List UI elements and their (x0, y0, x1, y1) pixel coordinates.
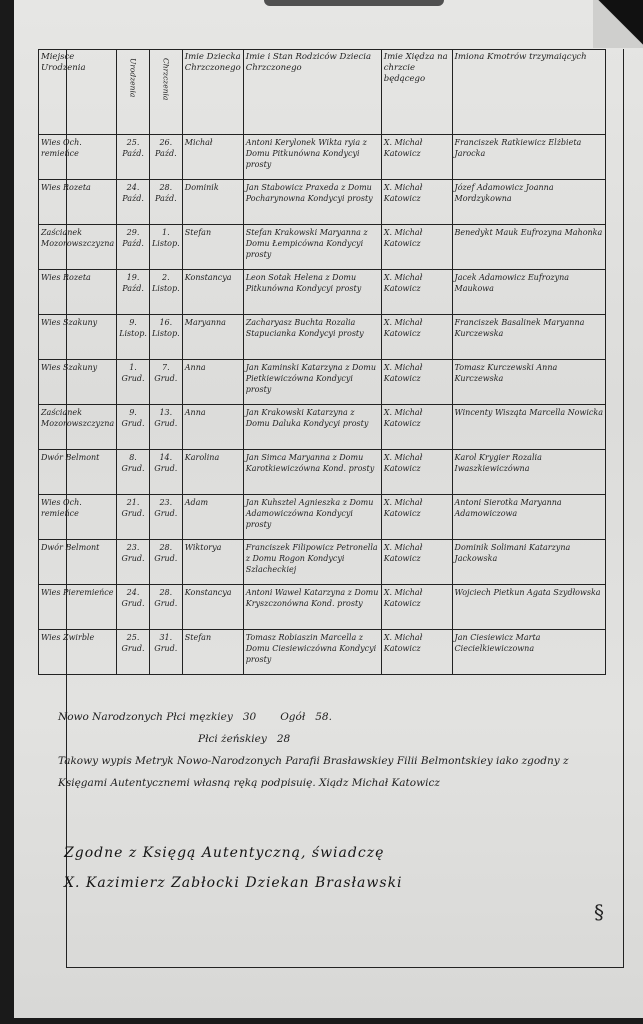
cell-baptized: 23. Grud. (149, 495, 182, 540)
cell-baptized: 26. Paźd. (149, 135, 182, 180)
cell-priest: X. Michał Katowicz (381, 630, 452, 675)
cell-parents: Zacharyasz Buchta Rozalia Stapucianka Ko… (243, 315, 381, 360)
cell-place: Zaścianek Mozorowszczyzna (39, 405, 117, 450)
cell-place: Wies Zwirble (39, 630, 117, 675)
cell-born: 29. Paźd. (117, 225, 150, 270)
cell-name: Adam (182, 495, 243, 540)
cell-godparents: Franciszek Basalinek Maryanna Kurczewska (452, 315, 605, 360)
table-row: Wies Szakuny1. Grud.7. Grud.AnnaJan Kami… (39, 360, 606, 405)
cell-born: 25. Paźd. (117, 135, 150, 180)
total-count: 58. (315, 706, 332, 728)
cell-born: 24. Paźd. (117, 180, 150, 225)
cell-priest: X. Michał Katowicz (381, 495, 452, 540)
cell-baptized: 31. Grud. (149, 630, 182, 675)
cell-parents: Jan Kuhsztel Agnieszka z Domu Adamowiczó… (243, 495, 381, 540)
cell-place: Wies Szakuny (39, 315, 117, 360)
cell-parents: Jan Krakowski Katarzyna z Domu Daluka Ko… (243, 405, 381, 450)
cell-name: Konstancya (182, 585, 243, 630)
cell-baptized: 28. Grud. (149, 585, 182, 630)
cell-parents: Antoni Kerylonek Wikta ryia z Domu Pitku… (243, 135, 381, 180)
cell-godparents: Tomasz Kurczewski Anna Kurczewska (452, 360, 605, 405)
cell-parents: Antoni Wawel Katarzyna z Domu Kryszczonó… (243, 585, 381, 630)
table-row: Dwór Belmont23. Grud.28. Grud.WiktoryaFr… (39, 540, 606, 585)
table-row: Zaścianek Mozorowszczyzna29. Paźd.1. Lis… (39, 225, 606, 270)
cell-name: Karolina (182, 450, 243, 495)
cell-godparents: Benedykt Mauk Eufrozyna Mahonka (452, 225, 605, 270)
cell-priest: X. Michał Katowicz (381, 270, 452, 315)
table-row: Wies Och. remieńce25. Paźd.26. Paźd.Mich… (39, 135, 606, 180)
totals-line-female: Płci żeńskiey 28 (58, 728, 608, 750)
cell-godparents: Jan Ciesiewicz Marta Ciecielkiewiczowna (452, 630, 605, 675)
cell-name: Anna (182, 405, 243, 450)
totals-line-male: Nowo Narodzonych Płci męzkiey 30 Ogół 58… (58, 706, 608, 728)
cell-born: 25. Grud. (117, 630, 150, 675)
cell-godparents: Antoni Sierotka Maryanna Adamowiczowa (452, 495, 605, 540)
table-row: Dwór Belmont8. Grud.14. Grud.KarolinaJan… (39, 450, 606, 495)
cell-place: Wies Rozeta (39, 180, 117, 225)
cell-baptized: 1. Listop. (149, 225, 182, 270)
female-label: Płci żeńskiey (198, 728, 267, 750)
cell-godparents: Józef Adamowicz Joanna Mordzykowna (452, 180, 605, 225)
cell-godparents: Karol Krygier Rozalia Iwaszkiewiczówna (452, 450, 605, 495)
cell-godparents: Wojciech Pietkun Agata Szydłowska (452, 585, 605, 630)
cell-place: Wies Rozeta (39, 270, 117, 315)
cell-baptized: 13. Grud. (149, 405, 182, 450)
header-born-label: Urodzenia (128, 58, 139, 97)
table-row: Wies Szakuny9. Listop.16. Listop.Maryann… (39, 315, 606, 360)
cell-place: Wies Pieremieńce (39, 585, 117, 630)
dean-certification: Zgodne z Księgą Autentyczną, świadczę X.… (64, 838, 624, 898)
flourish-mark: § (594, 900, 604, 924)
header-priest: Imie Xiędza na chrzcie będącego (381, 50, 452, 135)
cell-baptized: 2. Listop. (149, 270, 182, 315)
cell-baptized: 28. Grud. (149, 540, 182, 585)
cell-baptized: 7. Grud. (149, 360, 182, 405)
cell-priest: X. Michał Katowicz (381, 450, 452, 495)
male-label: Nowo Narodzonych Płci męzkiey (58, 706, 233, 728)
header-baptized-label: Chrzczenia (160, 58, 171, 100)
cell-place: Wies Och. remieńce (39, 135, 117, 180)
table-row: Wies Zwirble25. Grud.31. Grud.StefanToma… (39, 630, 606, 675)
cell-born: 9. Grud. (117, 405, 150, 450)
cell-parents: Tomasz Robiaszin Marcella z Domu Ciesiew… (243, 630, 381, 675)
cell-name: Anna (182, 360, 243, 405)
cell-name: Michał (182, 135, 243, 180)
header-baptized: Chrzczenia (149, 50, 182, 135)
cell-godparents: Jacek Adamowicz Eufrozyna Maukowa (452, 270, 605, 315)
header-godparents: Imiona Kmotrów trzymaiących (452, 50, 605, 135)
cell-godparents: Dominik Solimani Katarzyna Jackowska (452, 540, 605, 585)
cell-born: 1. Grud. (117, 360, 150, 405)
folded-corner (593, 0, 643, 48)
cell-born: 23. Grud. (117, 540, 150, 585)
table-row: Wies Rozeta24. Paźd.28. Paźd.DominikJan … (39, 180, 606, 225)
cell-place: Wies Szakuny (39, 360, 117, 405)
table-row: Wies Pieremieńce24. Grud.28. Grud.Konsta… (39, 585, 606, 630)
scan-shadow (264, 0, 444, 6)
total-label: Ogół (280, 706, 305, 728)
table-row: Wies Och. remieńce21. Grud.23. Grud.Adam… (39, 495, 606, 540)
male-count: 30 (243, 706, 256, 728)
attestation-text: Takowy wypis Metryk Nowo-Narodzonych Par… (58, 750, 608, 794)
header-child-name: Imie Dziecka Chrzczonego (182, 50, 243, 135)
header-row: Miejsce Urodzenia Urodzenia Chrzczenia I… (39, 50, 606, 135)
certification-line-1: Zgodne z Księgą Autentyczną, świadczę (64, 838, 624, 868)
table-row: Zaścianek Mozorowszczyzna9. Grud.13. Gru… (39, 405, 606, 450)
cell-parents: Jan Kaminski Katarzyna z Domu Pietkiewic… (243, 360, 381, 405)
cell-born: 9. Listop. (117, 315, 150, 360)
cell-name: Stefan (182, 225, 243, 270)
cell-born: 21. Grud. (117, 495, 150, 540)
cell-parents: Jan Simca Maryanna z Domu Karotkiewiczów… (243, 450, 381, 495)
female-count: 28 (277, 728, 290, 750)
cell-name: Stefan (182, 630, 243, 675)
cell-place: Dwór Belmont (39, 450, 117, 495)
birth-register-table: Miejsce Urodzenia Urodzenia Chrzczenia I… (38, 49, 606, 675)
cell-priest: X. Michał Katowicz (381, 405, 452, 450)
cell-name: Dominik (182, 180, 243, 225)
cell-name: Wiktorya (182, 540, 243, 585)
cell-priest: X. Michał Katowicz (381, 135, 452, 180)
cell-parents: Franciszek Filipowicz Petronella z Domu … (243, 540, 381, 585)
cell-priest: X. Michał Katowicz (381, 180, 452, 225)
cell-born: 19. Paźd. (117, 270, 150, 315)
cell-priest: X. Michał Katowicz (381, 540, 452, 585)
cell-baptized: 16. Listop. (149, 315, 182, 360)
cell-baptized: 14. Grud. (149, 450, 182, 495)
cell-place: Dwór Belmont (39, 540, 117, 585)
cell-priest: X. Michał Katowicz (381, 315, 452, 360)
header-born: Urodzenia (117, 50, 150, 135)
cell-parents: Jan Stabowicz Praxeda z Domu Pocharynown… (243, 180, 381, 225)
cell-priest: X. Michał Katowicz (381, 585, 452, 630)
header-parents: Imie i Stan Rodziców Dziecia Chrzczonego (243, 50, 381, 135)
cell-name: Konstancya (182, 270, 243, 315)
certification-line-2: X. Kazimierz Zabłocki Dziekan Brasławski (64, 868, 624, 898)
cell-parents: Stefan Krakowski Maryanna z Domu Łempicó… (243, 225, 381, 270)
cell-born: 8. Grud. (117, 450, 150, 495)
cell-baptized: 28. Paźd. (149, 180, 182, 225)
cell-place: Wies Och. remieńce (39, 495, 117, 540)
cell-name: Maryanna (182, 315, 243, 360)
cell-godparents: Wincenty Wisząta Marcella Nowicka (452, 405, 605, 450)
summary-notes: Nowo Narodzonych Płci męzkiey 30 Ogół 58… (58, 706, 608, 794)
cell-parents: Leon Sotak Helena z Domu Pitkunówna Kond… (243, 270, 381, 315)
cell-priest: X. Michał Katowicz (381, 360, 452, 405)
header-place: Miejsce Urodzenia (39, 50, 117, 135)
table-row: Wies Rozeta19. Paźd.2. Listop.Konstancya… (39, 270, 606, 315)
cell-godparents: Franciszek Ratkiewicz Elżbieta Jarocka (452, 135, 605, 180)
cell-born: 24. Grud. (117, 585, 150, 630)
cell-priest: X. Michał Katowicz (381, 225, 452, 270)
cell-place: Zaścianek Mozorowszczyzna (39, 225, 117, 270)
